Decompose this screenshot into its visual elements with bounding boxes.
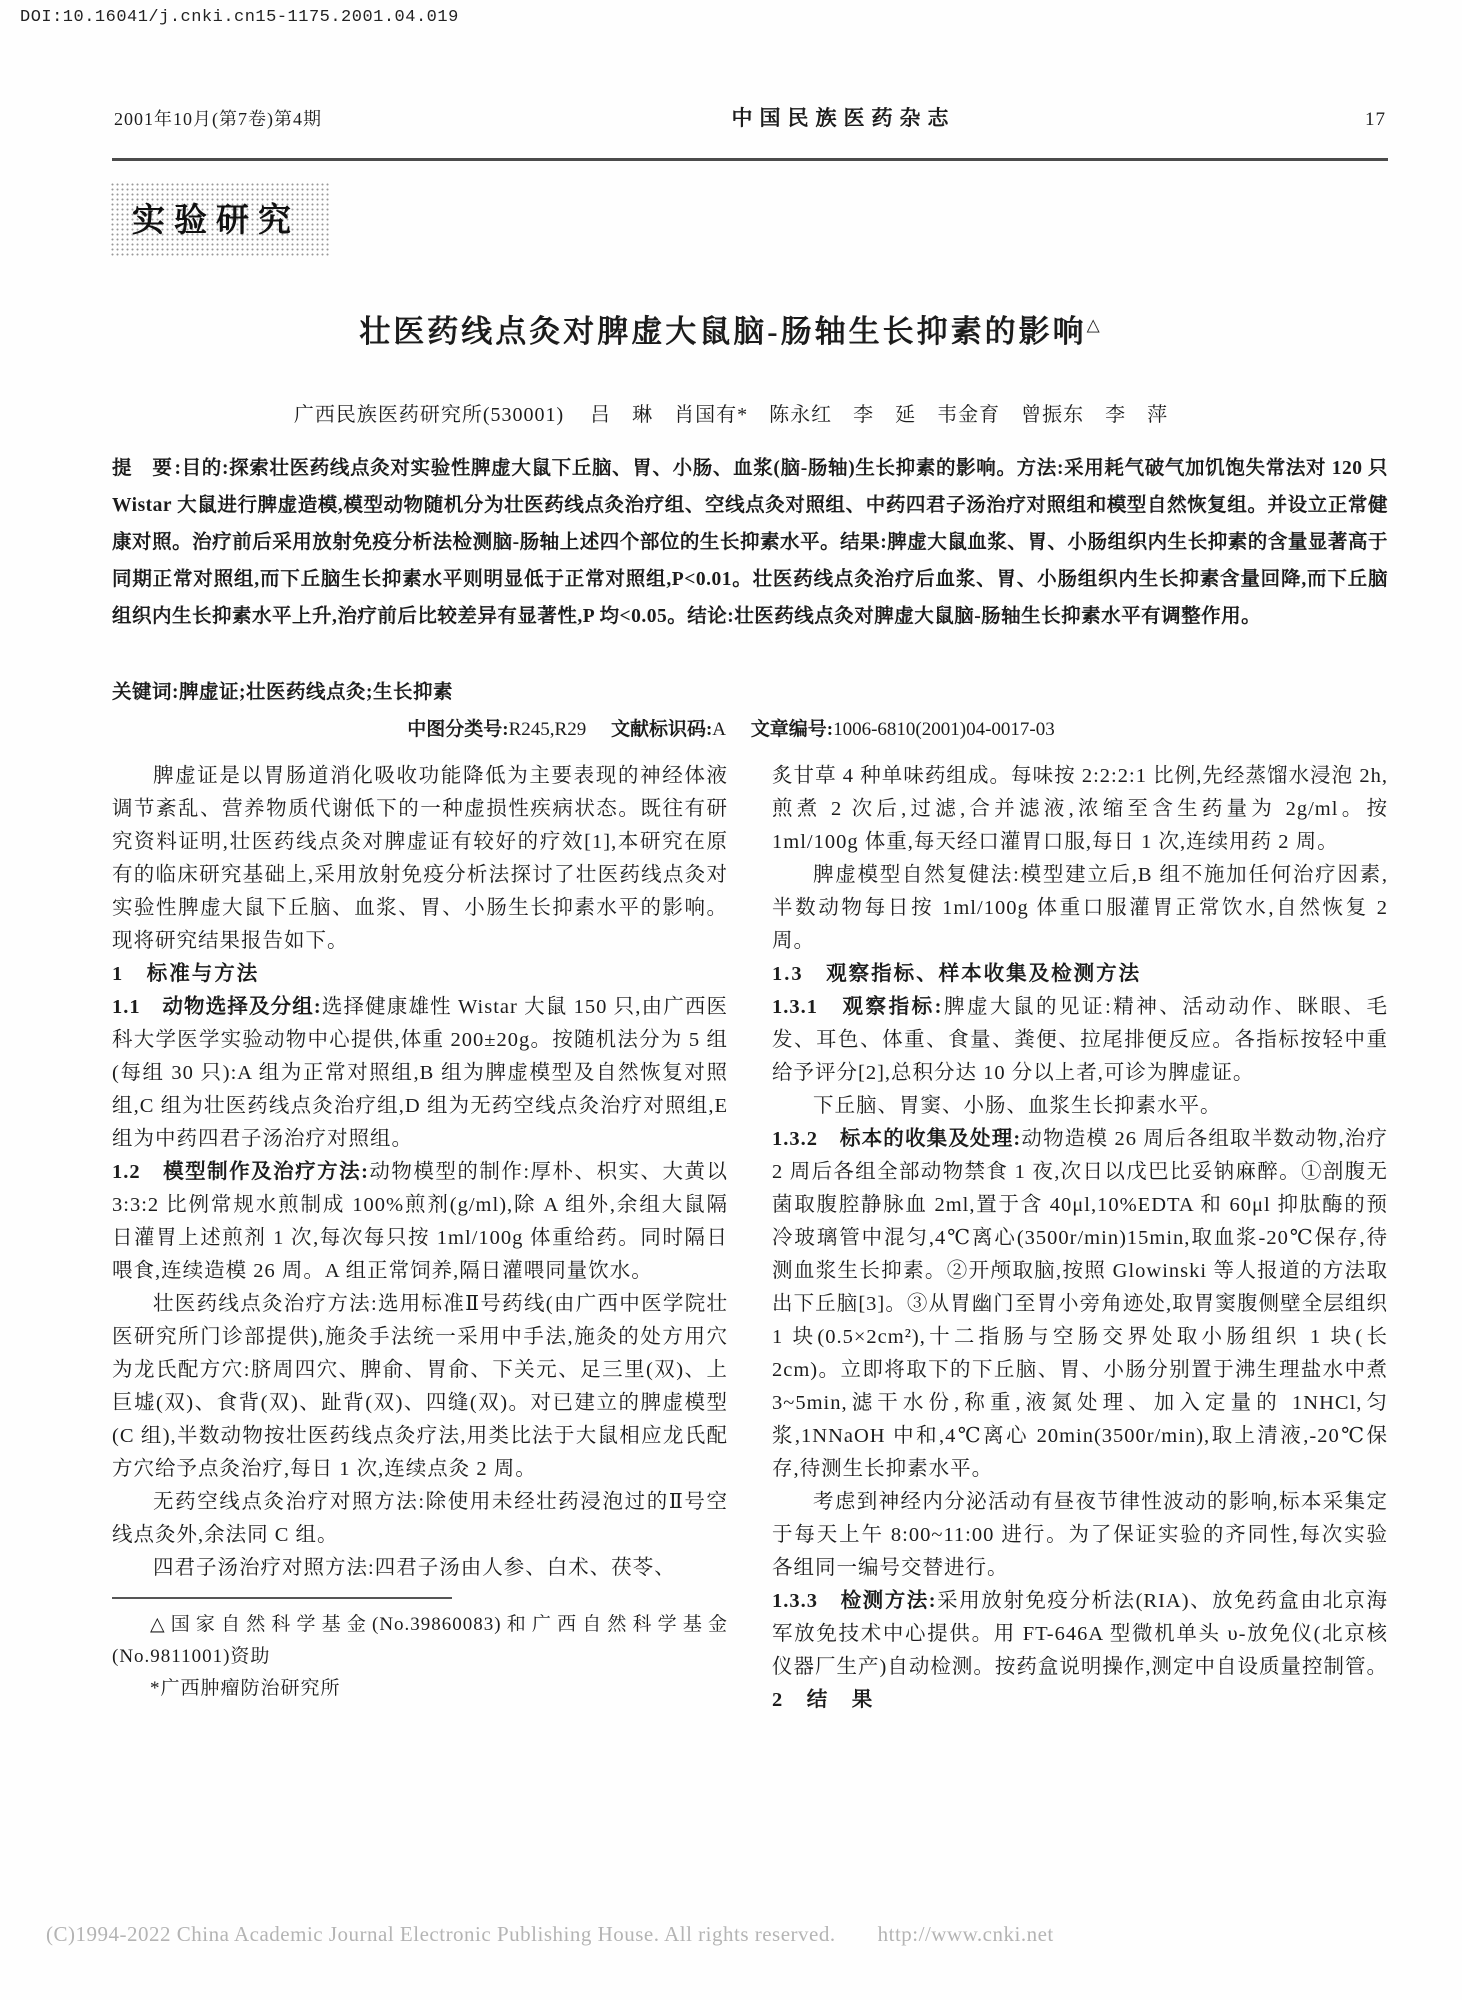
journal-title: 中国民族医药杂志 xyxy=(732,102,956,132)
paragraph-1-2: 1.2 模型制作及治疗方法:动物模型的制作:厚朴、枳实、大黄以 3:3:2 比例… xyxy=(112,1156,728,1288)
paragraph-natural-recovery: 脾虚模型自然复健法:模型建立后,B 组不施加任何治疗因素,半数动物每日按 1ml… xyxy=(772,859,1388,958)
abstract: 提 要:目的:探索壮医药线点灸对实验性脾虚大鼠下丘脑、胃、小肠、血浆(脑-肠轴)… xyxy=(112,450,1388,635)
article-id-segment: 文章编号:1006-6810(2001)04-0017-03 xyxy=(751,719,1055,740)
keywords-text: :脾虚证;壮医药线点灸;生长抑素 xyxy=(172,682,453,703)
title-footnote-mark: △ xyxy=(1087,316,1103,335)
paragraph-moxibustion-method: 壮医药线点灸治疗方法:选用标准Ⅱ号药线(由广西中医学院壮医研究所门诊部提供),施… xyxy=(112,1288,728,1486)
article-title: 壮医药线点灸对脾虚大鼠脑-肠轴生长抑素的影响△ xyxy=(0,306,1462,351)
footnote-rule xyxy=(112,1597,452,1599)
paragraph-circadian: 考虑到神经内分泌活动有昼夜节律性波动的影响,标本采集定于每天上午 8:00~11… xyxy=(772,1486,1388,1585)
paragraph-1-3-1: 1.3.1 观察指标:脾虚大鼠的见证:精神、活动动作、眯眼、毛发、耳色、体重、食… xyxy=(772,991,1388,1090)
footnotes: △国家自然科学基金(No.39860083)和广西自然科学基金(No.98110… xyxy=(112,1597,728,1705)
paragraph-1-3-3: 1.3.3 检测方法:采用放射免疫分析法(RIA)、放免药盒由北京海军放免技术中… xyxy=(772,1585,1388,1684)
paragraph-sijunzi-cont: 炙甘草 4 种单味药组成。每味按 2:2:2:1 比例,先经蒸馏水浸泡 2h,煎… xyxy=(772,760,1388,859)
section-heading-1-3: 1.3 观察指标、样本收集及检测方法 xyxy=(772,958,1388,991)
abstract-label: 提 要 xyxy=(112,458,172,479)
journal-header: 2001年10月(第7卷)第4期 中国民族医药杂志 17 xyxy=(114,102,1386,132)
paragraph-1-1: 1.1 动物选择及分组:选择健康雄性 Wistar 大鼠 150 只,由广西医科… xyxy=(112,991,728,1156)
scanned-paper-page: DOI:10.16041/j.cnki.cn15-1175.2001.04.01… xyxy=(0,0,1462,2000)
cnki-url: http://www.cnki.net xyxy=(878,1922,1054,1946)
paragraph-1-3-2: 1.3.2 标本的收集及处理:动物造模 26 周后各组取半数动物,治疗 2 周后… xyxy=(772,1123,1388,1486)
article-id-label: 文章编号: xyxy=(751,719,833,740)
copyright-footer: (C)1994-2022 China Academic Journal Elec… xyxy=(46,1922,1422,1947)
footnote-funding: △国家自然科学基金(No.39860083)和广西自然科学基金(No.98110… xyxy=(112,1609,728,1673)
authors-line: 广西民族医药研究所(530001)吕 琳 肖国有* 陈永红 李 延 韦金育 曾振… xyxy=(0,398,1462,427)
meta-line: 中图分类号:R245,R29 文献标识码:A 文章编号:1006-6810(20… xyxy=(0,714,1462,741)
clc-label: 中图分类号: xyxy=(407,719,508,740)
affiliation: 广西民族医药研究所(530001) xyxy=(294,404,564,426)
header-rule xyxy=(112,158,1388,161)
abstract-text: :目的:探索壮医药线点灸对实验性脾虚大鼠下丘脑、胃、小肠、血浆(脑-肠轴)生长抑… xyxy=(112,458,1388,627)
doi-line: DOI:10.16041/j.cnki.cn15-1175.2001.04.01… xyxy=(20,8,459,27)
clc-segment: 中图分类号:R245,R29 xyxy=(407,719,586,740)
left-column: 脾虚证是以胃肠道消化吸收功能降低为主要表现的神经体液调节紊乱、营养物质代谢低下的… xyxy=(112,760,728,1717)
doc-code-value: A xyxy=(712,719,726,740)
paragraph-sijunzi-control: 四君子汤治疗对照方法:四君子汤由人参、白术、茯苓、 xyxy=(112,1552,728,1585)
article-id-value: 1006-6810(2001)04-0017-03 xyxy=(833,719,1055,740)
author-names: 吕 琳 肖国有* 陈永红 李 延 韦金育 曾振东 李 萍 xyxy=(590,404,1168,426)
copyright-text: (C)1994-2022 China Academic Journal Elec… xyxy=(46,1922,836,1946)
footnote-affiliation: *广西肿瘤防治研究所 xyxy=(112,1673,728,1705)
clc-value: R245,R29 xyxy=(509,719,587,740)
section-heading-1: 1 标准与方法 xyxy=(112,958,728,991)
doc-code-segment: 文献标识码:A xyxy=(611,719,726,740)
page-number: 17 xyxy=(1365,109,1386,131)
right-column: 炙甘草 4 种单味药组成。每味按 2:2:2:1 比例,先经蒸馏水浸泡 2h,煎… xyxy=(772,760,1388,1717)
doc-code-label: 文献标识码: xyxy=(611,719,712,740)
paragraph-intro: 脾虚证是以胃肠道消化吸收功能降低为主要表现的神经体液调节紊乱、营养物质代谢低下的… xyxy=(112,760,728,958)
paragraph-indicators: 下丘脑、胃窦、小肠、血浆生长抑素水平。 xyxy=(772,1090,1388,1123)
section-heading-2: 2 结 果 xyxy=(772,1684,1388,1717)
paragraph-blank-thread-control: 无药空线点灸治疗对照方法:除使用未经壮药浸泡过的Ⅱ号空线点灸外,余法同 C 组。 xyxy=(112,1486,728,1552)
body-columns: 脾虚证是以胃肠道消化吸收功能降低为主要表现的神经体液调节紊乱、营养物质代谢低下的… xyxy=(112,760,1388,1717)
keywords-label: 关键词 xyxy=(112,682,172,703)
section-badge: 实验研究 xyxy=(110,182,330,257)
issue-info: 2001年10月(第7卷)第4期 xyxy=(114,105,322,131)
article-title-text: 壮医药线点灸对脾虚大鼠脑-肠轴生长抑素的影响 xyxy=(359,314,1086,349)
keywords-line: 关键词:脾虚证;壮医药线点灸;生长抑素 xyxy=(112,676,1388,704)
